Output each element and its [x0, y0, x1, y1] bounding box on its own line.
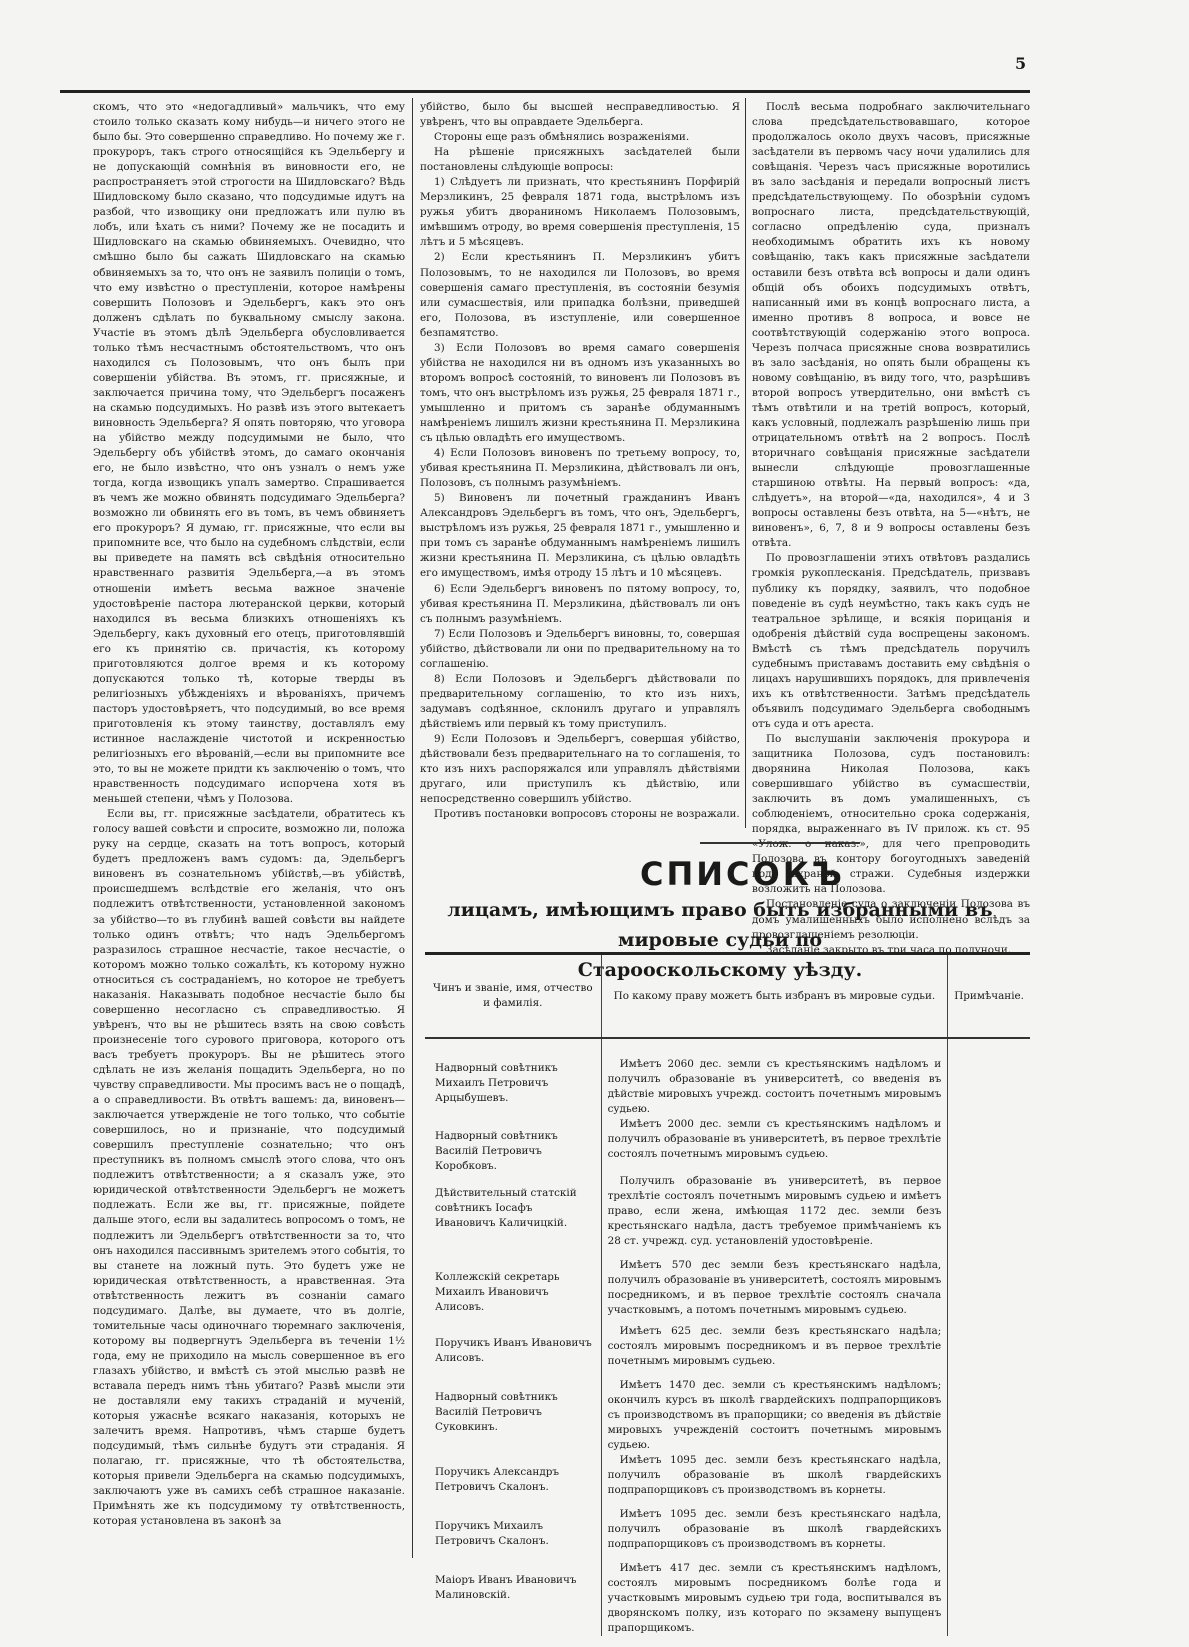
column-divider [745, 98, 746, 828]
candidate-note [948, 1507, 1030, 1561]
paragraph: Если вы, гг. присяжные засѣдатели, обрат… [93, 807, 405, 1529]
candidate-reason: Имѣетъ 2060 дес. земли съ крестьянскимъ … [601, 1038, 948, 1117]
header-note: Примѣчаніе. [948, 955, 1030, 1038]
reason-text: Имѣетъ 2000 дес. земли съ крестьянскимъ … [608, 1117, 942, 1162]
paragraph: убійство, было бы высшей несправедливост… [420, 100, 740, 130]
paragraph: Противъ постановки вопросовъ стороны не … [420, 807, 740, 822]
question-8: 8) Если Полозовъ и Эдельбергъ дѣйствовал… [420, 672, 740, 732]
paragraph: По провозглашеніи этихъ отвѣтовъ раздали… [752, 551, 1030, 732]
candidate-note [948, 1038, 1030, 1117]
column-2-jury-questions: убійство, было бы высшей несправедливост… [420, 100, 740, 822]
candidate-reason: Имѣетъ 1470 дес. земли съ крестьянскимъ … [601, 1378, 948, 1453]
table-row: Коллежскій секретарь Михаилъ Ивановичъ А… [425, 1258, 1030, 1324]
table-row: Надворный совѣтникъ Василій Петровичъ Су… [425, 1378, 1030, 1453]
candidate-name: Коллежскій секретарь Михаилъ Ивановичъ А… [425, 1258, 601, 1324]
question-7: 7) Если Полозовъ и Эдельбергъ виновны, т… [420, 627, 740, 672]
table-row: Поручикъ Михаилъ Петровичъ Скалонъ. Имѣе… [425, 1507, 1030, 1561]
candidate-name: Надворный совѣтникъ Василій Петровичъ Су… [425, 1378, 601, 1453]
candidate-name: Поручикъ Александръ Петровичъ Скалонъ. [425, 1453, 601, 1507]
candidate-name: Дѣйствительный статскій совѣтникъ Іосафъ… [425, 1174, 601, 1258]
section-rule [700, 842, 860, 844]
candidate-note [948, 1378, 1030, 1453]
question-9: 9) Если Полозовъ и Эдельбергъ, совершая … [420, 732, 740, 807]
table-row: Поручикъ Александръ Петровичъ Скалонъ. И… [425, 1453, 1030, 1507]
candidate-name: Поручикъ Михаилъ Петровичъ Скалонъ. [425, 1507, 601, 1561]
table-header-row: Чинъ и званіе, имя, отчество и фамилія. … [425, 955, 1030, 1038]
candidate-note [948, 1117, 1030, 1174]
header-rule [60, 90, 1030, 93]
reason-text: Имѣетъ 1470 дес. земли съ крестьянскимъ … [608, 1378, 942, 1453]
candidate-name: Надворный совѣтникъ Михаилъ Петровичъ Ар… [425, 1038, 601, 1117]
candidate-reason: Имѣетъ 1095 дес. земли безъ крестьянскаг… [601, 1507, 948, 1561]
table-row: Надворный совѣтникъ Михаилъ Петровичъ Ар… [425, 1038, 1030, 1117]
candidate-note [948, 1258, 1030, 1324]
candidate-note [948, 1453, 1030, 1507]
table-row: Маіоръ Иванъ Ивановичъ Малиновскій. Имѣе… [425, 1561, 1030, 1636]
candidate-name: Маіоръ Иванъ Ивановичъ Малиновскій. [425, 1561, 601, 1636]
candidate-reason: Имѣетъ 625 дес. земли безъ крестьянскаго… [601, 1324, 948, 1378]
column-divider [412, 98, 413, 1558]
candidate-reason: Имѣетъ 417 дес. земли съ крестьянскимъ н… [601, 1561, 948, 1636]
reason-text: Имѣетъ 1095 дес. земли безъ крестьянскаг… [608, 1453, 942, 1498]
candidate-reason: Имѣетъ 2000 дес. земли съ крестьянскимъ … [601, 1117, 948, 1174]
column-1-defense-speech: скомъ, что это «недогадливый» мальчикъ, … [93, 100, 405, 1560]
page-number: 5 [1015, 54, 1026, 73]
judges-candidates-table: Чинъ и званіе, имя, отчество и фамилія. … [425, 955, 1030, 1636]
candidate-note [948, 1561, 1030, 1636]
candidate-note [948, 1174, 1030, 1258]
candidate-reason: Имѣетъ 1095 дес. земли безъ крестьянскаг… [601, 1453, 948, 1507]
list-title: СПИСОКЪ [640, 855, 845, 893]
reason-text: Имѣетъ 1095 дес. земли безъ крестьянскаг… [608, 1507, 942, 1552]
question-1: 1) Слѣдуетъ ли признать, что крестьянинъ… [420, 175, 740, 250]
question-6: 6) Если Эдельбергъ виновенъ по пятому во… [420, 582, 740, 627]
reason-text: Получилъ образованіе въ университетѣ, въ… [608, 1174, 942, 1249]
reason-text: Имѣетъ 417 дес. земли съ крестьянскимъ н… [608, 1561, 942, 1636]
candidate-note [948, 1324, 1030, 1378]
question-4: 4) Если Полозовъ виновенъ по третьему во… [420, 446, 740, 491]
table-row: Поручикъ Иванъ Ивановичъ Алисовъ. Имѣетъ… [425, 1324, 1030, 1378]
column-3-verdict: Послѣ весьма подробнаго заключительнаго … [752, 100, 1030, 958]
header-reason: По какому праву можетъ быть избранъ въ м… [601, 955, 948, 1038]
candidate-name: Поручикъ Иванъ Ивановичъ Алисовъ. [425, 1324, 601, 1378]
paragraph: На рѣшеніе присяжныхъ засѣдателей были п… [420, 145, 740, 175]
reason-text: Имѣетъ 2060 дес. земли съ крестьянскимъ … [608, 1057, 942, 1117]
paragraph: скомъ, что это «недогадливый» мальчикъ, … [93, 100, 405, 807]
table-row: Надворный совѣтникъ Василій Петровичъ Ко… [425, 1117, 1030, 1174]
list-subtitle-line1: лицамъ, имѣющимъ право быть избранными в… [420, 895, 1020, 955]
paragraph: Стороны еще разъ обмѣнялись возраженіями… [420, 130, 740, 145]
question-3: 3) Если Полозовъ во время самаго соверше… [420, 341, 740, 446]
candidate-name: Надворный совѣтникъ Василій Петровичъ Ко… [425, 1117, 601, 1174]
reason-text: Имѣетъ 625 дес. земли безъ крестьянскаго… [608, 1324, 942, 1369]
question-5: 5) Виновенъ ли почетный гражданинъ Иванъ… [420, 491, 740, 581]
question-2: 2) Если крестьянинъ П. Мерзликинъ убитъ … [420, 250, 740, 340]
paragraph: Послѣ весьма подробнаго заключительнаго … [752, 100, 1030, 551]
header-name: Чинъ и званіе, имя, отчество и фамилія. [425, 955, 601, 1038]
candidate-reason: Получилъ образованіе въ университетѣ, въ… [601, 1174, 948, 1258]
reason-text: Имѣетъ 570 дес земли безъ крестьянскаго … [608, 1258, 942, 1318]
table-row: Дѣйствительный статскій совѣтникъ Іосафъ… [425, 1174, 1030, 1258]
candidate-reason: Имѣетъ 570 дес земли безъ крестьянскаго … [601, 1258, 948, 1324]
